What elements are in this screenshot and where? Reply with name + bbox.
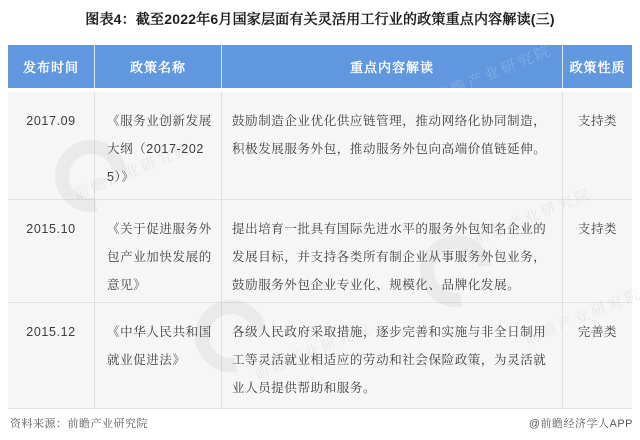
credit-note: @前瞻经济学人APP <box>529 415 633 431</box>
cell-policy-nature: 支持类 <box>563 200 632 302</box>
table-row: 2015.10 《关于促进服务外包产业加快发展的意见》 提出培育一批具有国际先进… <box>8 200 632 303</box>
col-header-key-content: 重点内容解读 <box>222 45 563 88</box>
cell-policy-name: 《关于促进服务外包产业加快发展的意见》 <box>95 200 222 302</box>
figure-page: 图表4：截至2022年6月国家层面有关灵活用工行业的政策重点内容解读(三) 发布… <box>0 0 640 440</box>
policy-table: 发布时间 政策名称 重点内容解读 政策性质 2017.09 《服务业创新发展大纲… <box>8 45 632 409</box>
cell-policy-nature: 完善类 <box>563 303 632 408</box>
cell-policy-nature: 支持类 <box>563 92 632 199</box>
figure-title: 图表4：截至2022年6月国家层面有关灵活用工行业的政策重点内容解读(三) <box>0 9 640 29</box>
col-header-policy-nature: 政策性质 <box>563 45 632 88</box>
cell-publish-date: 2017.09 <box>8 92 95 199</box>
cell-publish-date: 2015.10 <box>8 200 95 302</box>
table-header-row: 发布时间 政策名称 重点内容解读 政策性质 <box>8 45 632 92</box>
cell-policy-name: 《服务业创新发展大纲（2017-2025）》 <box>95 92 222 199</box>
cell-publish-date: 2015.12 <box>8 303 95 408</box>
cell-key-content: 提出培育一批具有国际先进水平的服务外包知名企业的发展目标，并支持各类所有制企业从… <box>222 200 563 302</box>
cell-key-content: 鼓励制造企业优化供应链管理，推动网络化协同制造，积极发展服务外包，推动服务外包向… <box>222 92 563 199</box>
col-header-publish-date: 发布时间 <box>8 45 95 88</box>
source-note: 资料来源：前瞻产业研究院 <box>10 415 148 431</box>
col-header-policy-name: 政策名称 <box>95 45 222 88</box>
table-row: 2015.12 《中华人民共和国就业促进法》 各级人民政府采取措施，逐步完善和实… <box>8 303 632 408</box>
cell-policy-name: 《中华人民共和国就业促进法》 <box>95 303 222 408</box>
cell-key-content: 各级人民政府采取措施，逐步完善和实施与非全日制用工等灵活就业相适应的劳动和社会保… <box>222 303 563 408</box>
table-row: 2017.09 《服务业创新发展大纲（2017-2025）》 鼓励制造企业优化供… <box>8 92 632 200</box>
